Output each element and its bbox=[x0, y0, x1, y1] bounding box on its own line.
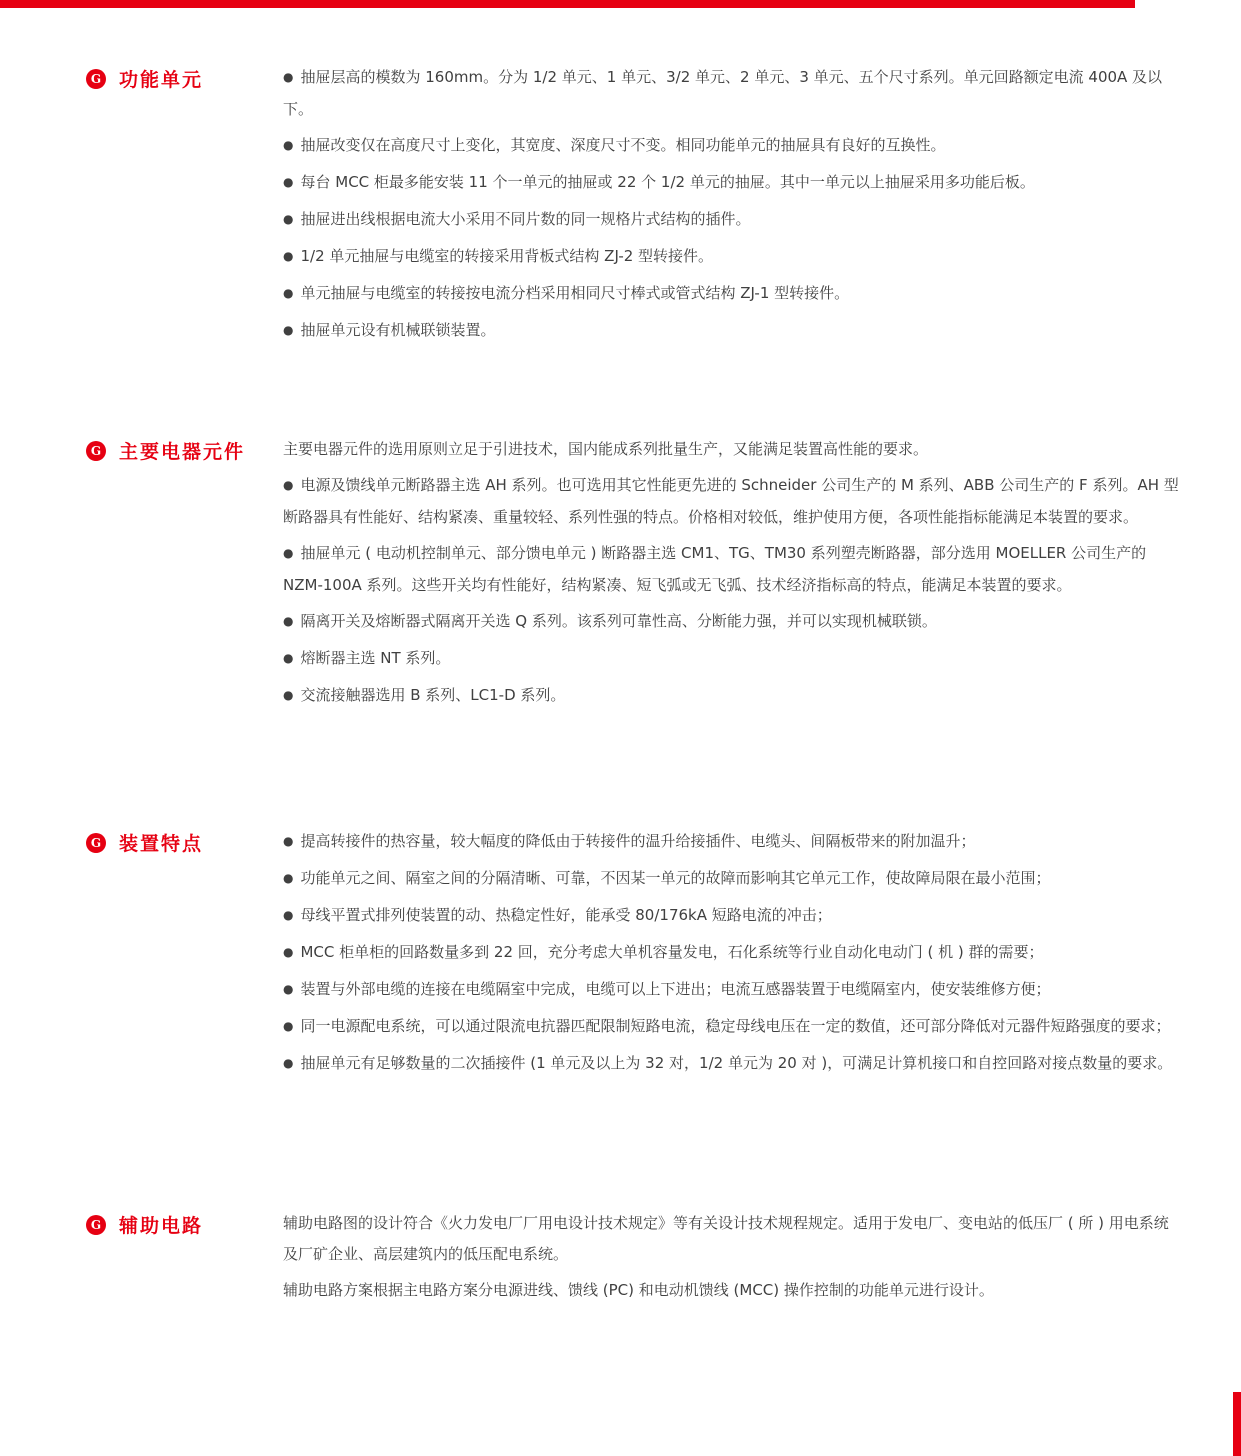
bullet-icon: ● bbox=[283, 826, 293, 857]
section-title: 功能单元 bbox=[119, 65, 203, 92]
section-header: G 功能单元 bbox=[86, 65, 203, 92]
bullet-icon: ● bbox=[283, 974, 293, 1005]
paragraph-text: 抽屉进出线根据电流大小采用不同片数的同一规格片式结构的插件。 bbox=[300, 210, 750, 228]
bullet-icon: ● bbox=[283, 315, 293, 346]
logo-g-icon: G bbox=[86, 1215, 106, 1235]
bullet-icon: ● bbox=[283, 278, 293, 309]
bullet-icon: ● bbox=[283, 900, 293, 931]
paragraph-text: 隔离开关及熔断器式隔离开关选 Q 系列。该系列可靠性高、分断能力强，并可以实现机… bbox=[300, 612, 936, 630]
bullet-icon: ● bbox=[283, 863, 293, 894]
paragraph-text: MCC 柜单柜的回路数量多到 22 回，充分考虑大单机容量发电，石化系统等行业自… bbox=[300, 943, 1043, 961]
section-body: ●抽屉层高的模数为 160mm。分为 1/2 单元、1 单元、3/2 单元、2 … bbox=[283, 62, 1183, 352]
bullet-icon: ● bbox=[283, 167, 293, 198]
right-edge-accent-bar bbox=[1233, 1392, 1241, 1456]
paragraph: ●母线平置式排列使装置的动、热稳定性好，能承受 80/176kA 短路电流的冲击… bbox=[283, 900, 1183, 932]
section-title: 装置特点 bbox=[119, 829, 203, 856]
bullet-icon: ● bbox=[283, 130, 293, 161]
paragraph: ●抽屉单元 ( 电动机控制单元、部分馈电单元 ) 断路器主选 CM1、TG、TM… bbox=[283, 538, 1183, 601]
paragraph: 辅助电路图的设计符合《火力发电厂厂用电设计技术规定》等有关设计技术规程规定。适用… bbox=[283, 1208, 1183, 1270]
paragraph: ●抽屉层高的模数为 160mm。分为 1/2 单元、1 单元、3/2 单元、2 … bbox=[283, 62, 1183, 125]
bullet-icon: ● bbox=[283, 937, 293, 968]
bullet-icon: ● bbox=[283, 606, 293, 637]
section-title: 主要电器元件 bbox=[119, 437, 245, 464]
paragraph-text: 装置与外部电缆的连接在电缆隔室中完成，电缆可以上下进出；电流互感器装置于电缆隔室… bbox=[300, 980, 1050, 998]
logo-g-icon: G bbox=[86, 441, 106, 461]
paragraph: ●1/2 单元抽屉与电缆室的转接采用背板式结构 ZJ-2 型转接件。 bbox=[283, 241, 1183, 273]
paragraph: ●装置与外部电缆的连接在电缆隔室中完成，电缆可以上下进出；电流互感器装置于电缆隔… bbox=[283, 974, 1183, 1006]
logo-g-icon: G bbox=[86, 833, 106, 853]
paragraph-text: 辅助电路图的设计符合《火力发电厂厂用电设计技术规定》等有关设计技术规程规定。适用… bbox=[283, 1214, 1169, 1263]
section-body: 辅助电路图的设计符合《火力发电厂厂用电设计技术规定》等有关设计技术规程规定。适用… bbox=[283, 1208, 1183, 1311]
section-body: 主要电器元件的选用原则立足于引进技术，国内能成系列批量生产，又能满足装置高性能的… bbox=[283, 434, 1183, 717]
paragraph-text: 抽屉改变仅在高度尺寸上变化，其宽度、深度尺寸不变。相同功能单元的抽屉具有良好的互… bbox=[300, 136, 945, 154]
section-header: G 主要电器元件 bbox=[86, 437, 245, 464]
catalog-page: G 功能单元 ●抽屉层高的模数为 160mm。分为 1/2 单元、1 单元、3/… bbox=[0, 0, 1241, 1456]
paragraph: ●交流接触器选用 B 系列、LC1-D 系列。 bbox=[283, 680, 1183, 712]
paragraph-text: 辅助电路方案根据主电路方案分电源进线、馈线 (PC) 和电动机馈线 (MCC) … bbox=[283, 1281, 994, 1299]
paragraph-text: 提高转接件的热容量，较大幅度的降低由于转接件的温升给接插件、电缆头、间隔板带来的… bbox=[300, 832, 975, 850]
paragraph: ●功能单元之间、隔室之间的分隔清晰、可靠，不因某一单元的故障而影响其它单元工作，… bbox=[283, 863, 1183, 895]
paragraph: ●同一电源配电系统，可以通过限流电抗器匹配限制短路电流，稳定母线电压在一定的数值… bbox=[283, 1011, 1183, 1043]
paragraph: ●每台 MCC 柜最多能安装 11 个一单元的抽屉或 22 个 1/2 单元的抽… bbox=[283, 167, 1183, 199]
logo-g-icon: G bbox=[86, 69, 106, 89]
paragraph-text: 每台 MCC 柜最多能安装 11 个一单元的抽屉或 22 个 1/2 单元的抽屉… bbox=[300, 173, 1034, 191]
paragraph-text: 电源及馈线单元断路器主选 AH 系列。也可选用其它性能更先进的 Schneide… bbox=[283, 476, 1179, 526]
bullet-icon: ● bbox=[283, 680, 293, 711]
paragraph: ●提高转接件的热容量，较大幅度的降低由于转接件的温升给接插件、电缆头、间隔板带来… bbox=[283, 826, 1183, 858]
bullet-icon: ● bbox=[283, 62, 293, 93]
bullet-icon: ● bbox=[283, 643, 293, 674]
paragraph-text: 功能单元之间、隔室之间的分隔清晰、可靠，不因某一单元的故障而影响其它单元工作，使… bbox=[300, 869, 1050, 887]
paragraph-text: 抽屉单元 ( 电动机控制单元、部分馈电单元 ) 断路器主选 CM1、TG、TM3… bbox=[283, 544, 1146, 594]
paragraph-text: 交流接触器选用 B 系列、LC1-D 系列。 bbox=[300, 686, 565, 704]
section-header: G 辅助电路 bbox=[86, 1211, 203, 1238]
paragraph-text: 抽屉层高的模数为 160mm。分为 1/2 单元、1 单元、3/2 单元、2 单… bbox=[283, 68, 1162, 118]
paragraph: ●隔离开关及熔断器式隔离开关选 Q 系列。该系列可靠性高、分断能力强，并可以实现… bbox=[283, 606, 1183, 638]
paragraph-text: 抽屉单元设有机械联锁装置。 bbox=[300, 321, 495, 339]
paragraph: ●抽屉改变仅在高度尺寸上变化，其宽度、深度尺寸不变。相同功能单元的抽屉具有良好的… bbox=[283, 130, 1183, 162]
paragraph-text: 熔断器主选 NT 系列。 bbox=[300, 649, 450, 667]
bullet-icon: ● bbox=[283, 241, 293, 272]
bullet-icon: ● bbox=[283, 538, 293, 569]
bullet-icon: ● bbox=[283, 1048, 293, 1079]
paragraph: ●抽屉单元设有机械联锁装置。 bbox=[283, 315, 1183, 347]
paragraph-text: 母线平置式排列使装置的动、热稳定性好，能承受 80/176kA 短路电流的冲击； bbox=[300, 906, 831, 924]
paragraph: ●抽屉单元有足够数量的二次插接件 (1 单元及以上为 32 对，1/2 单元为 … bbox=[283, 1048, 1183, 1080]
section-title: 辅助电路 bbox=[119, 1211, 203, 1238]
bullet-icon: ● bbox=[283, 470, 293, 501]
paragraph-text: 抽屉单元有足够数量的二次插接件 (1 单元及以上为 32 对，1/2 单元为 2… bbox=[300, 1054, 1172, 1072]
section-header: G 装置特点 bbox=[86, 829, 203, 856]
paragraph-text: 同一电源配电系统，可以通过限流电抗器匹配限制短路电流，稳定母线电压在一定的数值，… bbox=[300, 1017, 1170, 1035]
paragraph-text: 1/2 单元抽屉与电缆室的转接采用背板式结构 ZJ-2 型转接件。 bbox=[300, 247, 713, 265]
paragraph: 辅助电路方案根据主电路方案分电源进线、馈线 (PC) 和电动机馈线 (MCC) … bbox=[283, 1275, 1183, 1306]
paragraph: ●MCC 柜单柜的回路数量多到 22 回，充分考虑大单机容量发电，石化系统等行业… bbox=[283, 937, 1183, 969]
paragraph: ●抽屉进出线根据电流大小采用不同片数的同一规格片式结构的插件。 bbox=[283, 204, 1183, 236]
bullet-icon: ● bbox=[283, 204, 293, 235]
bullet-icon: ● bbox=[283, 1011, 293, 1042]
paragraph: 主要电器元件的选用原则立足于引进技术，国内能成系列批量生产，又能满足装置高性能的… bbox=[283, 434, 1183, 465]
paragraph: ●熔断器主选 NT 系列。 bbox=[283, 643, 1183, 675]
paragraph: ●单元抽屉与电缆室的转接按电流分档采用相同尺寸棒式或管式结构 ZJ-1 型转接件… bbox=[283, 278, 1183, 310]
paragraph-text: 单元抽屉与电缆室的转接按电流分档采用相同尺寸棒式或管式结构 ZJ-1 型转接件。 bbox=[300, 284, 849, 302]
paragraph-text: 主要电器元件的选用原则立足于引进技术，国内能成系列批量生产，又能满足装置高性能的… bbox=[283, 440, 928, 458]
paragraph: ●电源及馈线单元断路器主选 AH 系列。也可选用其它性能更先进的 Schneid… bbox=[283, 470, 1183, 533]
top-accent-bar bbox=[0, 0, 1135, 8]
section-body: ●提高转接件的热容量，较大幅度的降低由于转接件的温升给接插件、电缆头、间隔板带来… bbox=[283, 826, 1183, 1085]
